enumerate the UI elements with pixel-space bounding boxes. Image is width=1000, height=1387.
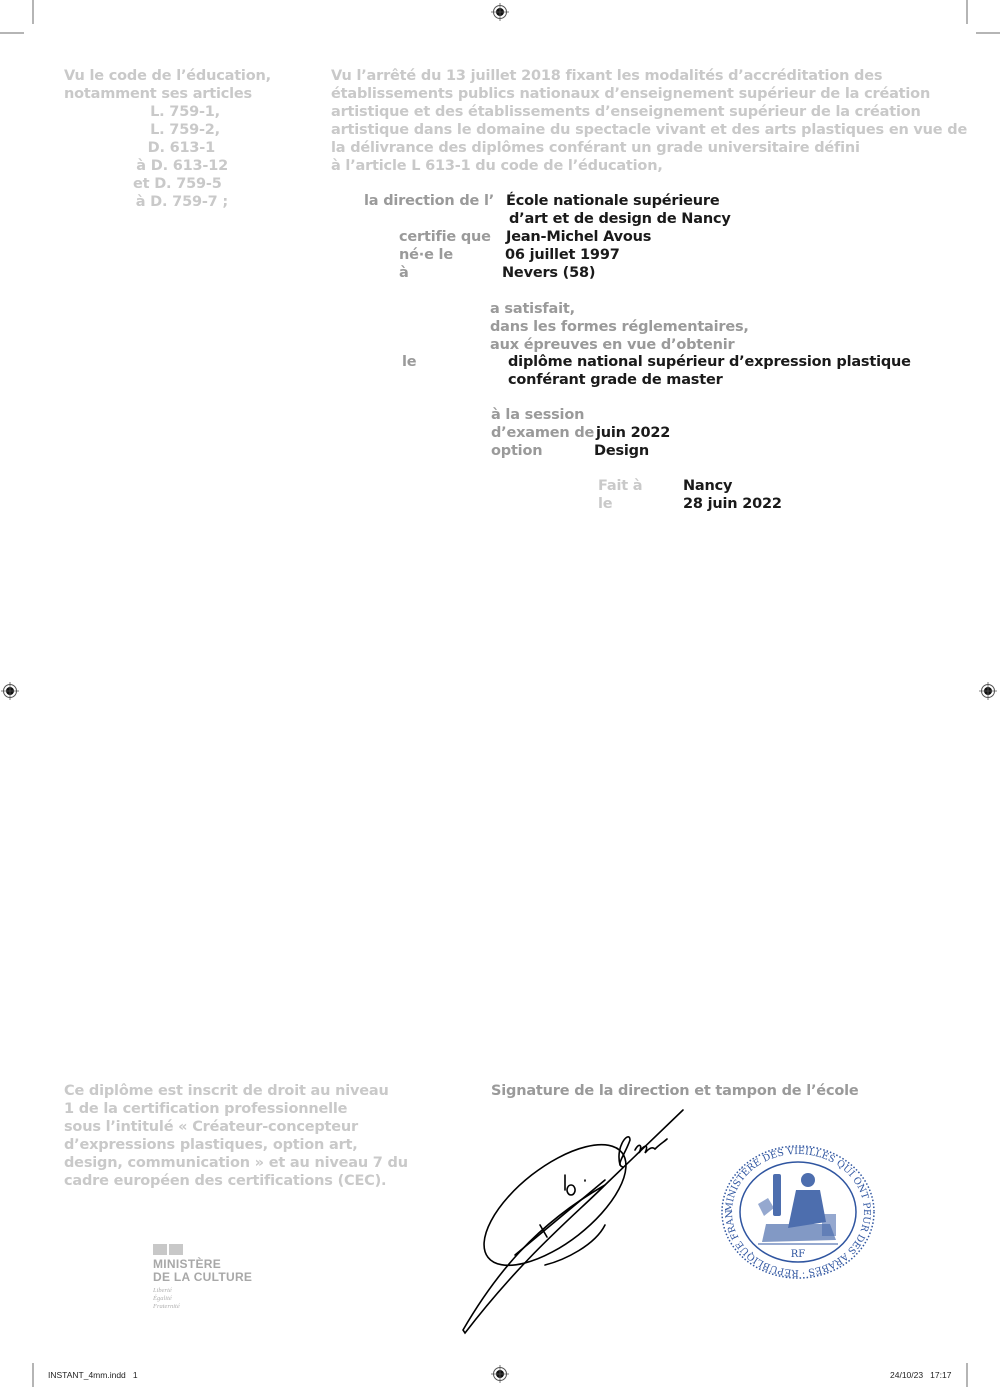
registration-mark-icon — [491, 3, 509, 21]
date-label: le — [598, 495, 612, 513]
crop-mark — [0, 32, 24, 34]
registration-mark-icon — [491, 1365, 509, 1383]
article-item: et D. 759-5 — [133, 175, 228, 193]
school-name-line1: École nationale supérieure — [506, 192, 719, 210]
registration-mark-icon — [1, 682, 19, 700]
school-seal-image: MINISTÈRE DES VIEILLES QUI ONT PEUR DES … — [718, 1142, 878, 1282]
crop-mark — [966, 1363, 968, 1387]
article-item: D. 613-1 — [133, 139, 228, 157]
date-value: 28 juin 2022 — [683, 495, 782, 513]
slug-filename: INSTANT_4mm.indd 1 — [48, 1370, 138, 1380]
signature-heading: Signature de la direction et tampon de l… — [491, 1082, 859, 1100]
preamble-line: notamment ses articles — [64, 85, 271, 103]
birth-date: 06 juillet 1997 — [505, 246, 620, 264]
signature-image — [455, 1105, 695, 1340]
born-label: né·e le — [399, 246, 453, 264]
registration-mark-icon — [979, 682, 997, 700]
crop-mark — [966, 0, 968, 24]
ministry-logo: MINISTÈRE DE LA CULTURE Liberté Égalité … — [153, 1244, 252, 1311]
crop-mark — [32, 1363, 34, 1387]
note-line: d’expressions plastiques, option art, — [64, 1136, 408, 1154]
note-line: 1 de la certification professionnelle — [64, 1100, 408, 1118]
flag-icon — [169, 1244, 183, 1255]
school-name-line2: d’art et de design de Nancy — [509, 210, 731, 228]
note-line: design, communication » et au niveau 7 d… — [64, 1154, 408, 1172]
direction-label: la direction de l’ — [364, 192, 494, 210]
ministry-name-line2: DE LA CULTURE — [153, 1271, 252, 1284]
crop-mark — [32, 0, 34, 24]
session-value: juin 2022 — [596, 424, 670, 442]
satisfied-block: a satisfait, dans les formes réglementai… — [490, 300, 749, 354]
flag-icon — [153, 1244, 167, 1255]
session-label: d’examen de — [491, 424, 594, 442]
note-line: sous l’intitulé « Créateur-concepteur — [64, 1118, 408, 1136]
made-at-label: Fait à — [598, 477, 642, 495]
article-item: à D. 759-7 ; — [133, 193, 228, 211]
preamble-line: la délivrance des diplômes conférant un … — [331, 139, 967, 157]
article-item: à D. 613-12 — [133, 157, 228, 175]
preamble-line: établissements publics nationaux d’ensei… — [331, 85, 967, 103]
preamble-line: à l’article L 613-1 du code de l’éducati… — [331, 157, 967, 175]
session-label: à la session — [491, 406, 584, 424]
holder-name: Jean-Michel Avous — [506, 228, 651, 246]
note-line: Ce diplôme est inscrit de droit au nivea… — [64, 1082, 408, 1100]
certification-note: Ce diplôme est inscrit de droit au nivea… — [64, 1082, 408, 1190]
birthplace-label: à — [399, 264, 409, 282]
preamble-line: artistique et des établissements d’ensei… — [331, 103, 967, 121]
preamble-line: artistique dans le domaine du spectacle … — [331, 121, 967, 139]
slug-timestamp: 24/10/23 17:17 — [890, 1370, 951, 1380]
article-item: L. 759-1, — [133, 103, 228, 121]
article-item: L. 759-2, — [133, 121, 228, 139]
motto-line: Égalité — [153, 1295, 252, 1303]
seal-center-text: RF — [791, 1249, 806, 1260]
article-list: L. 759-1, L. 759-2, D. 613-1 à D. 613-12… — [133, 103, 228, 211]
left-preamble: Vu le code de l’éducation, notamment ses… — [64, 67, 271, 103]
note-line: cadre européen des certifications (CEC). — [64, 1172, 408, 1190]
diploma-title-line2: conférant grade de master — [508, 371, 723, 389]
right-preamble: Vu l’arrêté du 13 juillet 2018 fixant le… — [331, 67, 967, 175]
satisfied-line: dans les formes réglementaires, — [490, 318, 749, 336]
motto-line: Liberté — [153, 1287, 252, 1295]
certifies-label: certifie que — [399, 228, 491, 246]
motto-line: Fraternité — [153, 1303, 252, 1311]
preamble-line: Vu l’arrêté du 13 juillet 2018 fixant le… — [331, 67, 967, 85]
birthplace: Nevers (58) — [502, 264, 595, 282]
option-label: option — [491, 442, 542, 460]
diploma-article: le — [402, 353, 416, 371]
option-value: Design — [594, 442, 649, 460]
crop-mark — [976, 32, 1000, 34]
made-at-value: Nancy — [683, 477, 732, 495]
satisfied-line: aux épreuves en vue d’obtenir — [490, 336, 749, 354]
satisfied-line: a satisfait, — [490, 300, 749, 318]
diploma-title-line1: diplôme national supérieur d’expression … — [508, 353, 911, 371]
preamble-line: Vu le code de l’éducation, — [64, 67, 271, 85]
